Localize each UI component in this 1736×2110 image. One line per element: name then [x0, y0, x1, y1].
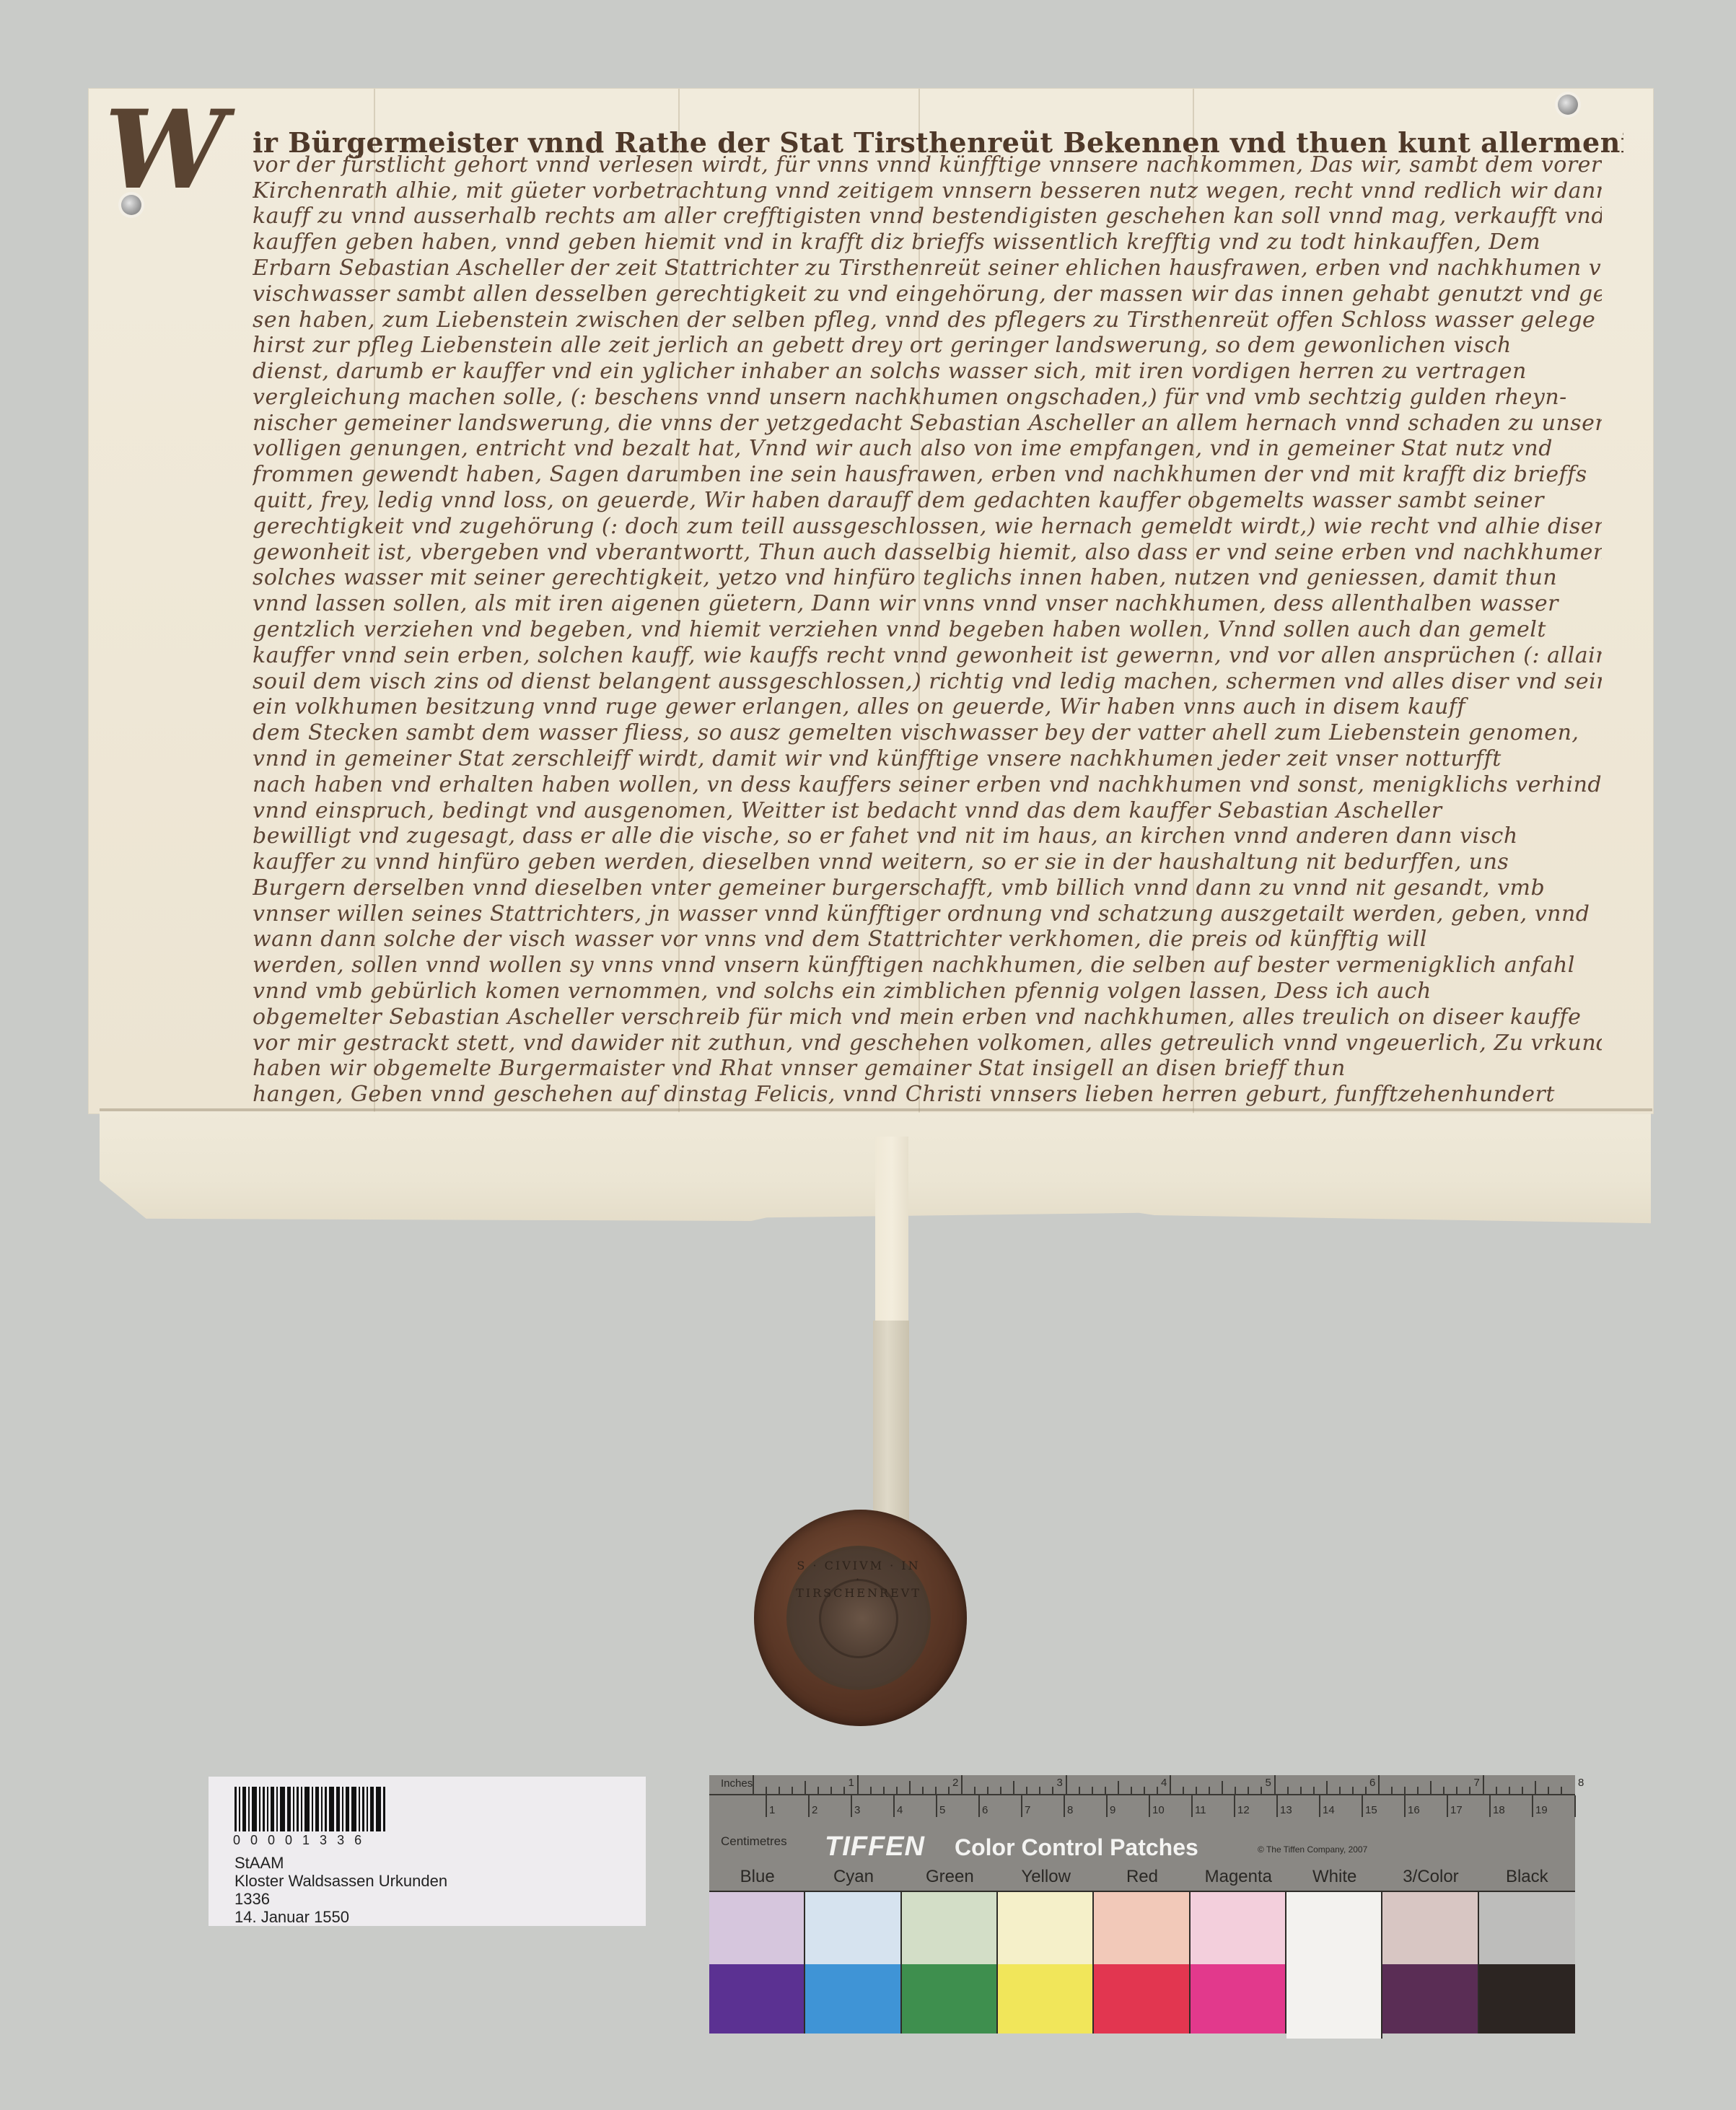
cm-tick [1404, 1795, 1406, 1817]
color-patch-dark [1479, 1964, 1575, 2034]
inch-tick [1222, 1781, 1223, 1794]
inch-tick [805, 1781, 806, 1794]
inch-tick [1274, 1775, 1276, 1794]
inch-ruler: Inches 12345678 [709, 1775, 1575, 1795]
centimetre-ruler: 12345678910111213141516171819 [709, 1795, 1575, 1820]
inch-tick [1287, 1787, 1289, 1794]
color-patch-light [1191, 1892, 1286, 1966]
inch-tick [1509, 1787, 1510, 1794]
cm-tick-label: 8 [1067, 1804, 1073, 1816]
cm-tick [978, 1795, 980, 1817]
inch-tick [1209, 1787, 1210, 1794]
cm-tick [851, 1795, 852, 1817]
inch-tick [948, 1787, 950, 1794]
patch-label: Blue [709, 1867, 805, 1887]
color-patch-light [1479, 1892, 1575, 1966]
patch-label: Red [1094, 1867, 1190, 1887]
inch-tick [779, 1787, 780, 1794]
patch-label: Magenta [1191, 1867, 1286, 1887]
inch-tick [857, 1775, 859, 1794]
seal-legend: S · CIVIVM · IN · TIRSCHENREVT [794, 1559, 924, 1600]
inch-tick [1248, 1787, 1249, 1794]
cm-tick [1276, 1795, 1278, 1817]
cm-tick [1447, 1795, 1448, 1817]
inch-tick [987, 1787, 988, 1794]
cm-tick [766, 1795, 767, 1817]
inch-tick-label: 7 [1474, 1777, 1480, 1789]
charter-line: hangen, Geben vnnd geschehen auf dinstag… [253, 1082, 1602, 1115]
barcode-digits: 00001336 [233, 1833, 377, 1848]
color-patch-dark [1094, 1964, 1190, 2034]
cm-tick-label: 2 [812, 1804, 817, 1816]
inch-tick [870, 1787, 872, 1794]
cm-tick [936, 1795, 937, 1817]
inch-tick [1079, 1787, 1080, 1794]
archive-label: 00001336 StAAM Kloster Waldsassen Urkund… [209, 1777, 646, 1926]
cm-tick-label: 14 [1323, 1804, 1335, 1816]
patch-label: White [1286, 1867, 1382, 1887]
centimetres-label: Centimetres [721, 1834, 787, 1849]
color-patch-light [998, 1892, 1094, 1966]
cm-tick [1021, 1795, 1022, 1817]
mounting-pin-right [1558, 95, 1578, 115]
color-patch-light [902, 1892, 998, 1966]
patch-label: Yellow [998, 1867, 1094, 1887]
label-number: 1336 [234, 1890, 270, 1909]
cm-tick-label: 5 [939, 1804, 945, 1816]
label-date: 14. Januar 1550 [234, 1908, 349, 1927]
patch-label: Black [1479, 1867, 1575, 1887]
inch-tick [1118, 1781, 1119, 1794]
inches-label: Inches [721, 1777, 753, 1790]
inch-tick [1430, 1781, 1432, 1794]
cm-tick-label: 10 [1152, 1804, 1165, 1816]
inch-tick [1039, 1787, 1040, 1794]
inch-tick [843, 1787, 845, 1794]
patch-label: 3/Color [1382, 1867, 1478, 1887]
inch-tick-label: 1 [849, 1777, 854, 1789]
inch-tick [1326, 1781, 1328, 1794]
seal-strap-upper [875, 1137, 908, 1324]
inch-tick [792, 1787, 793, 1794]
inch-tick [961, 1775, 963, 1794]
inch-tick [896, 1787, 898, 1794]
dark-patch-row [709, 1964, 1575, 2034]
label-institution: StAAM [234, 1854, 284, 1873]
inch-tick [1456, 1787, 1457, 1794]
cm-tick [1106, 1795, 1108, 1817]
color-patch-light [1094, 1892, 1190, 1966]
inch-tick [1561, 1787, 1562, 1794]
inch-tick [1131, 1787, 1132, 1794]
inch-tick [974, 1787, 976, 1794]
inch-tick [1144, 1787, 1145, 1794]
inch-tick [1000, 1787, 1001, 1794]
color-patch-dark [998, 1964, 1094, 2034]
cm-tick-label: 3 [854, 1804, 860, 1816]
card-copyright: © The Tiffen Company, 2007 [1258, 1844, 1367, 1855]
inch-tick-label: 4 [1161, 1777, 1167, 1789]
inch-tick [935, 1787, 937, 1794]
color-patch-light [709, 1892, 805, 1966]
cm-tick-label: 18 [1493, 1804, 1505, 1816]
card-title: Color Control Patches [955, 1834, 1198, 1861]
label-collection: Kloster Waldsassen Urkunden [234, 1872, 447, 1891]
color-patch-light [1382, 1892, 1478, 1966]
cm-tick-label: 6 [982, 1804, 988, 1816]
inch-tick [909, 1781, 911, 1794]
inch-tick [1522, 1787, 1523, 1794]
inch-tick-label: 2 [952, 1777, 958, 1789]
cm-tick-label: 12 [1237, 1804, 1250, 1816]
cm-tick [1362, 1795, 1363, 1817]
cm-tick [1191, 1795, 1193, 1817]
inch-tick [1300, 1787, 1302, 1794]
inch-tick [1105, 1787, 1106, 1794]
inch-tick [1417, 1787, 1419, 1794]
cm-tick-label: 19 [1535, 1804, 1548, 1816]
color-patch-dark [1191, 1964, 1286, 2034]
inch-tick [817, 1787, 819, 1794]
cm-tick [1489, 1795, 1491, 1817]
cm-tick-label: 15 [1365, 1804, 1377, 1816]
tiffen-color-card: Inches 12345678 123456789101112131415161… [709, 1775, 1575, 2034]
patch-name-row: BlueCyanGreenYellowRedMagentaWhite3/Colo… [709, 1867, 1575, 1888]
color-patch-dark [805, 1964, 901, 2034]
inch-tick-label: 8 [1578, 1777, 1584, 1789]
inch-tick [1339, 1787, 1341, 1794]
patch-label: Green [902, 1867, 998, 1887]
inch-tick-label: 5 [1266, 1777, 1271, 1789]
inch-tick [1548, 1787, 1549, 1794]
inch-tick [766, 1787, 767, 1794]
inch-tick [1365, 1787, 1367, 1794]
inch-tick [1404, 1787, 1406, 1794]
cm-tick [1234, 1795, 1235, 1817]
tiffen-logo: TIFFEN [825, 1831, 925, 1862]
color-patch-light [805, 1892, 901, 1966]
cm-tick-label: 1 [769, 1804, 775, 1816]
cm-tick [1064, 1795, 1065, 1817]
decorated-initial: W [105, 87, 213, 214]
cm-tick-label: 16 [1408, 1804, 1420, 1816]
cm-tick [893, 1795, 895, 1817]
inch-tick [1496, 1787, 1497, 1794]
color-patch-dark [1382, 1964, 1478, 2034]
cm-tick-label: 7 [1025, 1804, 1030, 1816]
inch-tick [1313, 1787, 1315, 1794]
cm-tick [1532, 1795, 1533, 1817]
light-patch-row [709, 1891, 1575, 1966]
cm-tick-label: 11 [1195, 1804, 1206, 1816]
inch-tick [883, 1787, 885, 1794]
color-patch-light [1286, 1892, 1382, 1966]
inch-tick [1026, 1787, 1027, 1794]
barcode-icon [234, 1787, 387, 1831]
cm-tick-label: 9 [1110, 1804, 1115, 1816]
inch-tick [1066, 1775, 1067, 1794]
inch-tick [1483, 1775, 1484, 1794]
inch-tick [1443, 1787, 1445, 1794]
cm-tick [1574, 1795, 1576, 1817]
inch-tick [1535, 1781, 1536, 1794]
inch-tick [1261, 1787, 1262, 1794]
inch-tick [1469, 1787, 1470, 1794]
cm-tick [1149, 1795, 1150, 1817]
inch-tick [1391, 1787, 1393, 1794]
inch-tick [922, 1787, 924, 1794]
color-patch-dark [902, 1964, 998, 2034]
inch-tick [1378, 1775, 1380, 1794]
inch-tick [1235, 1787, 1236, 1794]
inch-tick [1092, 1787, 1093, 1794]
inch-tick-label: 6 [1369, 1777, 1375, 1789]
inch-tick [1052, 1787, 1053, 1794]
inch-tick [830, 1787, 832, 1794]
cm-tick [808, 1795, 810, 1817]
inch-tick [1013, 1781, 1014, 1794]
inch-tick [1157, 1787, 1158, 1794]
patch-label: Cyan [805, 1867, 901, 1887]
cm-tick-label: 4 [897, 1804, 903, 1816]
color-patch-dark [709, 1964, 805, 2034]
inch-tick [1352, 1787, 1354, 1794]
inch-tick [1170, 1775, 1171, 1794]
cm-tick-label: 13 [1280, 1804, 1292, 1816]
cm-tick [1319, 1795, 1320, 1817]
cm-tick-label: 17 [1450, 1804, 1463, 1816]
color-patch-dark [1286, 1964, 1382, 2039]
inch-tick-label: 3 [1057, 1777, 1063, 1789]
inch-tick [1183, 1787, 1184, 1794]
inch-tick [753, 1775, 754, 1794]
inch-tick [1196, 1787, 1197, 1794]
